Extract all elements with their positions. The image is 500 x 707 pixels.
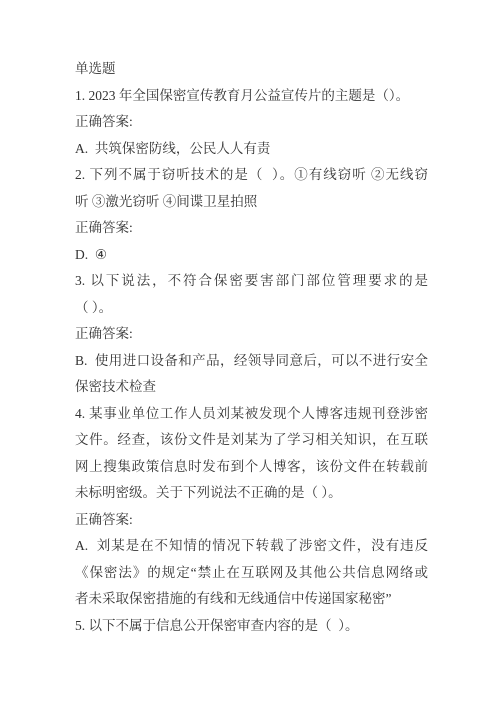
answer-4-line-2: 《保密法》的规定“禁止在互联网及其他公共信息网络或 bbox=[75, 560, 428, 587]
answer-label-1: 正确答案: bbox=[75, 109, 428, 136]
question-block-2: 2. 下列不属于窃听技术的是（ ）。①有线窃听 ②无线窃 听 ③激光窃听 ④间谍… bbox=[75, 162, 428, 268]
question-block-5: 5. 以下不属于信息公开保密审查内容的是（ ）。 bbox=[75, 613, 428, 640]
question-4-line-4: 未标明密级。关于下列说法不正确的是（ ）。 bbox=[75, 480, 428, 507]
answer-label-3: 正确答案: bbox=[75, 321, 428, 348]
question-block-4: 4. 某事业单位工作人员刘某被发现个人博客违规刊登涉密 文件。经查，该份文件是刘… bbox=[75, 401, 428, 613]
question-2-line-1: 2. 下列不属于窃听技术的是（ ）。①有线窃听 ②无线窃 bbox=[75, 162, 428, 189]
question-3-line-1: 3. 以下说法，不符合保密要害部门部位管理要求的是 bbox=[75, 268, 428, 295]
question-block-3: 3. 以下说法，不符合保密要害部门部位管理要求的是 （ ）。 正确答案: B. … bbox=[75, 268, 428, 401]
question-1-text: 1. 2023 年全国保密宣传教育月公益宣传片的主题是（）。 bbox=[75, 83, 428, 110]
answer-label-2: 正确答案: bbox=[75, 215, 428, 242]
question-4-line-1: 4. 某事业单位工作人员刘某被发现个人博客违规刊登涉密 bbox=[75, 401, 428, 428]
document-page: 单选题 1. 2023 年全国保密宣传教育月公益宣传片的主题是（）。 正确答案:… bbox=[0, 0, 500, 707]
question-4-line-3: 网上搜集政策信息时发布到个人博客，该份文件在转载前 bbox=[75, 454, 428, 481]
answer-3-line-2: 保密技术检查 bbox=[75, 374, 428, 401]
answer-label-4: 正确答案: bbox=[75, 507, 428, 534]
document-text-block: 单选题 1. 2023 年全国保密宣传教育月公益宣传片的主题是（）。 正确答案:… bbox=[75, 56, 428, 639]
answer-2-text: D. ④ bbox=[75, 242, 428, 269]
question-block-1: 1. 2023 年全国保密宣传教育月公益宣传片的主题是（）。 正确答案: A. … bbox=[75, 83, 428, 163]
question-4-line-2: 文件。经查，该份文件是刘某为了学习相关知识，在互联 bbox=[75, 427, 428, 454]
answer-4-line-3: 者未采取保密措施的有线和无线通信中传递国家秘密” bbox=[75, 586, 428, 613]
question-2-line-2: 听 ③激光窃听 ④间谍卫星拍照 bbox=[75, 189, 428, 216]
answer-4-line-1: A. 刘某是在不知情的情况下转载了涉密文件，没有违反 bbox=[75, 533, 428, 560]
answer-3-line-1: B. 使用进口设备和产品，经领导同意后，可以不进行安全 bbox=[75, 348, 428, 375]
question-3-line-2: （ ）。 bbox=[75, 295, 428, 322]
section-title: 单选题 bbox=[75, 56, 428, 83]
question-5-text: 5. 以下不属于信息公开保密审查内容的是（ ）。 bbox=[75, 613, 428, 640]
answer-1-text: A. 共筑保密防线，公民人人有责 bbox=[75, 136, 428, 163]
